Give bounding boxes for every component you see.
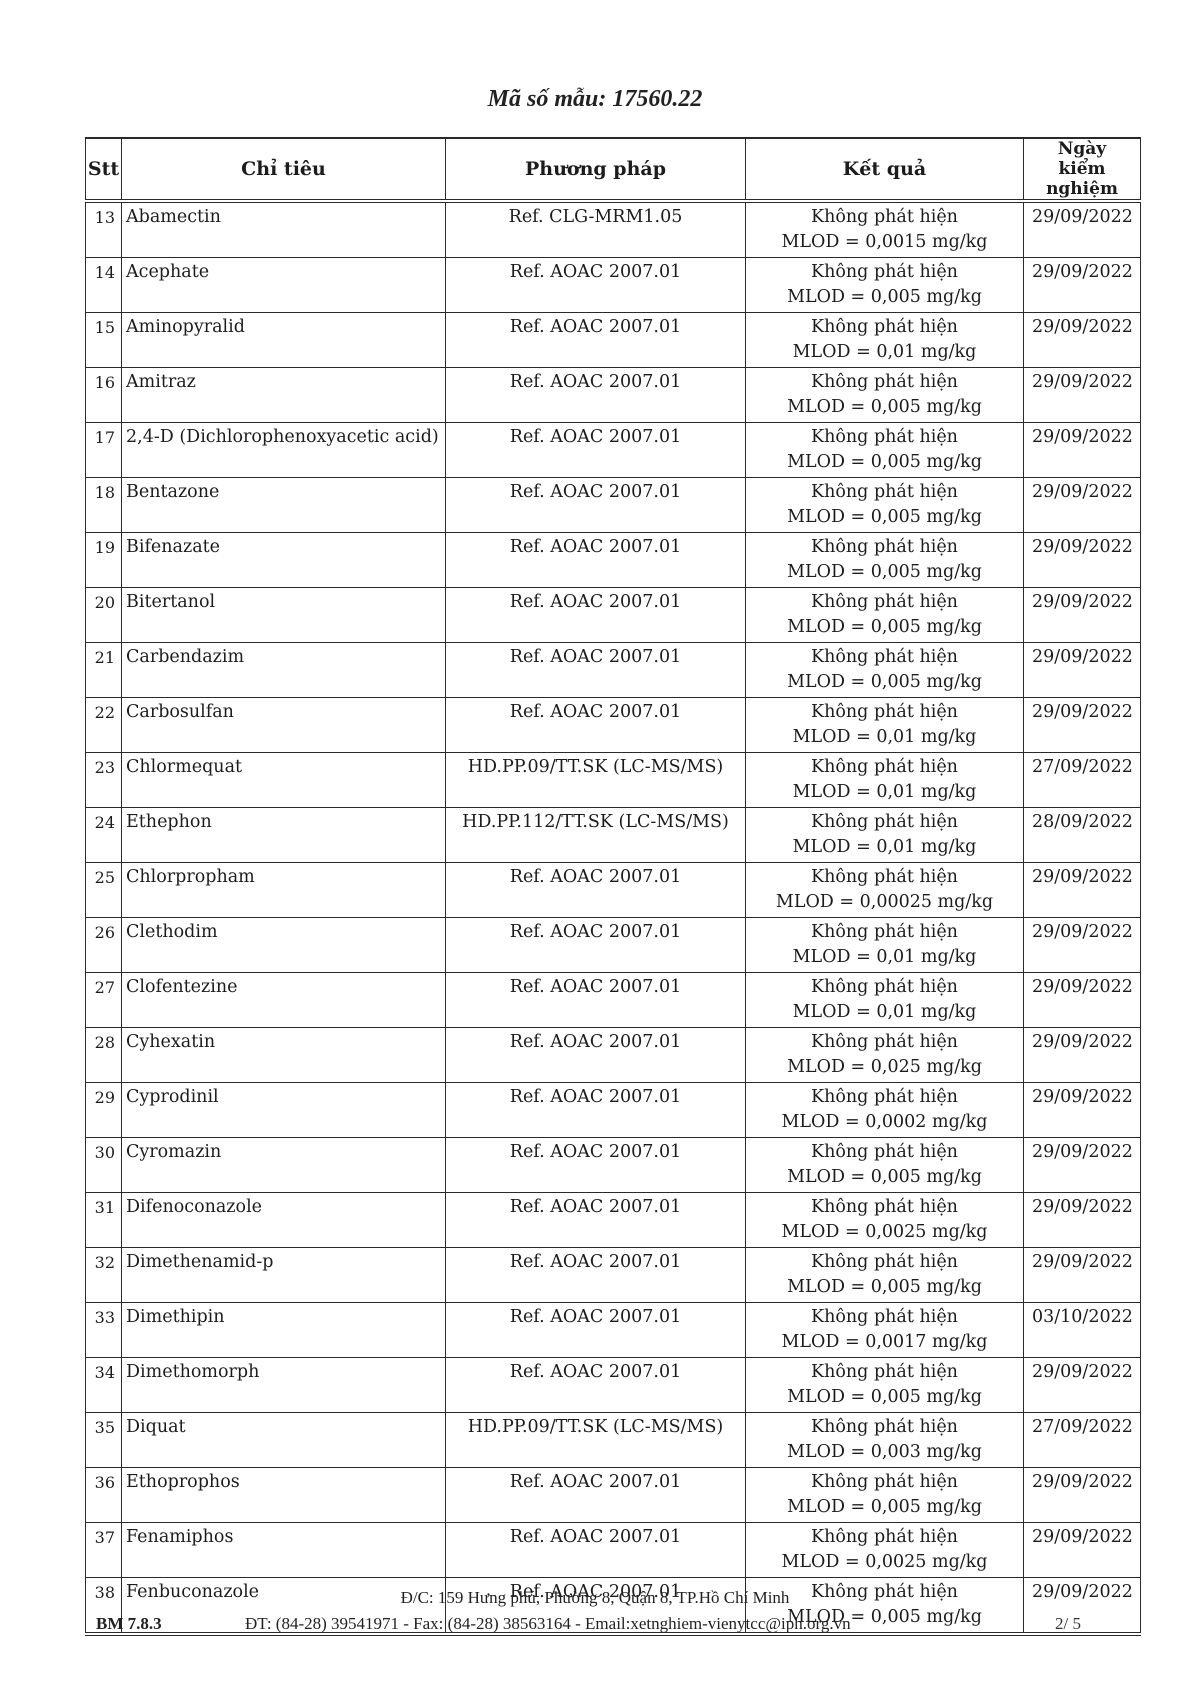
row-mlod: MLOD = 0,005 mg/kg — [746, 560, 1023, 585]
row-method: Ref. AOAC 2007.01 — [446, 368, 746, 423]
row-mlod: MLOD = 0,01 mg/kg — [746, 945, 1023, 970]
row-result: Không phát hiệnMLOD = 0,01 mg/kg — [746, 313, 1024, 368]
row-test-date: 29/09/2022 — [1024, 368, 1141, 423]
table-row: 30CyromazinRef. AOAC 2007.01Không phát h… — [86, 1138, 1141, 1193]
footer-form-code: BM 7.8.3 — [96, 1614, 162, 1634]
row-result-text: Không phát hiện — [746, 1195, 1023, 1220]
row-result: Không phát hiệnMLOD = 0,0025 mg/kg — [746, 1193, 1024, 1248]
row-result: Không phát hiệnMLOD = 0,0025 mg/kg — [746, 1523, 1024, 1578]
row-result-text: Không phát hiện — [746, 260, 1023, 285]
row-stt: 17 — [86, 423, 122, 478]
table-row: 31DifenoconazoleRef. AOAC 2007.01Không p… — [86, 1193, 1141, 1248]
row-stt: 18 — [86, 478, 122, 533]
table-row: 15AminopyralidRef. AOAC 2007.01Không phá… — [86, 313, 1141, 368]
row-mlod: MLOD = 0,01 mg/kg — [746, 725, 1023, 750]
row-criterion: Dimethipin — [122, 1303, 446, 1358]
row-criterion: Dimethenamid-p — [122, 1248, 446, 1303]
row-stt: 19 — [86, 533, 122, 588]
row-criterion: Carbendazim — [122, 643, 446, 698]
row-result-text: Không phát hiện — [746, 1030, 1023, 1055]
row-mlod: MLOD = 0,01 mg/kg — [746, 835, 1023, 860]
row-stt: 30 — [86, 1138, 122, 1193]
row-test-date: 27/09/2022 — [1024, 753, 1141, 808]
row-stt: 21 — [86, 643, 122, 698]
row-result: Không phát hiệnMLOD = 0,00025 mg/kg — [746, 863, 1024, 918]
row-stt: 24 — [86, 808, 122, 863]
row-criterion: Dimethomorph — [122, 1358, 446, 1413]
row-stt: 27 — [86, 973, 122, 1028]
header-result: Kết quả — [746, 138, 1024, 201]
row-mlod: MLOD = 0,025 mg/kg — [746, 1055, 1023, 1080]
row-criterion: Bitertanol — [122, 588, 446, 643]
row-result: Không phát hiệnMLOD = 0,003 mg/kg — [746, 1413, 1024, 1468]
row-result: Không phát hiệnMLOD = 0,005 mg/kg — [746, 478, 1024, 533]
row-criterion: Clofentezine — [122, 973, 446, 1028]
row-criterion: Clethodim — [122, 918, 446, 973]
row-criterion: Ethephon — [122, 808, 446, 863]
table-row: 19BifenazateRef. AOAC 2007.01Không phát … — [86, 533, 1141, 588]
row-criterion: Aminopyralid — [122, 313, 446, 368]
table-row: 18BentazoneRef. AOAC 2007.01Không phát h… — [86, 478, 1141, 533]
row-method: Ref. AOAC 2007.01 — [446, 1248, 746, 1303]
row-criterion: Diquat — [122, 1413, 446, 1468]
table-row: 27ClofentezineRef. AOAC 2007.01Không phá… — [86, 973, 1141, 1028]
row-method: Ref. AOAC 2007.01 — [446, 1083, 746, 1138]
row-test-date: 29/09/2022 — [1024, 863, 1141, 918]
row-test-date: 29/09/2022 — [1024, 1358, 1141, 1413]
row-test-date: 29/09/2022 — [1024, 1523, 1141, 1578]
row-result: Không phát hiệnMLOD = 0,005 mg/kg — [746, 533, 1024, 588]
row-result-text: Không phát hiện — [746, 1470, 1023, 1495]
table-header-row: Stt Chỉ tiêu Phương pháp Kết quả Ngày ki… — [86, 138, 1141, 201]
table-row: 32Dimethenamid-pRef. AOAC 2007.01Không p… — [86, 1248, 1141, 1303]
table-row: 34DimethomorphRef. AOAC 2007.01Không phá… — [86, 1358, 1141, 1413]
row-test-date: 29/09/2022 — [1024, 698, 1141, 753]
row-mlod: MLOD = 0,01 mg/kg — [746, 340, 1023, 365]
row-stt: 23 — [86, 753, 122, 808]
header-method: Phương pháp — [446, 138, 746, 201]
row-test-date: 29/09/2022 — [1024, 1248, 1141, 1303]
table-row: 24EthephonHD.PP.112/TT.SK (LC-MS/MS)Khôn… — [86, 808, 1141, 863]
row-method: Ref. AOAC 2007.01 — [446, 1028, 746, 1083]
row-stt: 26 — [86, 918, 122, 973]
header-stt: Stt — [86, 138, 122, 201]
table-row: 35DiquatHD.PP.09/TT.SK (LC-MS/MS)Không p… — [86, 1413, 1141, 1468]
row-test-date: 29/09/2022 — [1024, 478, 1141, 533]
row-result-text: Không phát hiện — [746, 810, 1023, 835]
table-row: 25ChlorprophamRef. AOAC 2007.01Không phá… — [86, 863, 1141, 918]
row-mlod: MLOD = 0,00025 mg/kg — [746, 890, 1023, 915]
header-test-date-line2: kiểm nghiệm — [1024, 159, 1140, 199]
table-row: 172,4-D (Dichlorophenoxyacetic acid)Ref.… — [86, 423, 1141, 478]
row-mlod: MLOD = 0,01 mg/kg — [746, 780, 1023, 805]
row-result-text: Không phát hiện — [746, 1085, 1023, 1110]
test-results-table: Stt Chỉ tiêu Phương pháp Kết quả Ngày ki… — [85, 137, 1141, 1636]
row-test-date: 27/09/2022 — [1024, 1413, 1141, 1468]
row-stt: 34 — [86, 1358, 122, 1413]
row-test-date: 29/09/2022 — [1024, 258, 1141, 313]
row-mlod: MLOD = 0,003 mg/kg — [746, 1440, 1023, 1465]
row-method: Ref. AOAC 2007.01 — [446, 1468, 746, 1523]
row-criterion: Chlormequat — [122, 753, 446, 808]
row-result-text: Không phát hiện — [746, 590, 1023, 615]
table-row: 22CarbosulfanRef. AOAC 2007.01Không phát… — [86, 698, 1141, 753]
table-row: 36EthoprophosRef. AOAC 2007.01Không phát… — [86, 1468, 1141, 1523]
row-result-text: Không phát hiện — [746, 315, 1023, 340]
row-result: Không phát hiệnMLOD = 0,005 mg/kg — [746, 588, 1024, 643]
row-stt: 28 — [86, 1028, 122, 1083]
row-result-text: Không phát hiện — [746, 920, 1023, 945]
row-method: Ref. AOAC 2007.01 — [446, 1193, 746, 1248]
row-result-text: Không phát hiện — [746, 535, 1023, 560]
row-result-text: Không phát hiện — [746, 645, 1023, 670]
row-result-text: Không phát hiện — [746, 425, 1023, 450]
row-method: Ref. AOAC 2007.01 — [446, 1138, 746, 1193]
row-test-date: 29/09/2022 — [1024, 423, 1141, 478]
sample-code-title: Mã số mẫu: 17560.22 — [0, 86, 1190, 113]
row-mlod: MLOD = 0,0015 mg/kg — [746, 230, 1023, 255]
row-result-text: Không phát hiện — [746, 1305, 1023, 1330]
row-result-text: Không phát hiện — [746, 205, 1023, 230]
row-mlod: MLOD = 0,0025 mg/kg — [746, 1220, 1023, 1245]
header-test-date: Ngày kiểm nghiệm — [1024, 138, 1141, 201]
row-mlod: MLOD = 0,005 mg/kg — [746, 615, 1023, 640]
row-method: Ref. AOAC 2007.01 — [446, 588, 746, 643]
row-stt: 22 — [86, 698, 122, 753]
table-row: 26ClethodimRef. AOAC 2007.01Không phát h… — [86, 918, 1141, 973]
row-stt: 25 — [86, 863, 122, 918]
row-test-date: 29/09/2022 — [1024, 1028, 1141, 1083]
row-method: Ref. AOAC 2007.01 — [446, 478, 746, 533]
row-test-date: 29/09/2022 — [1024, 1193, 1141, 1248]
row-result-text: Không phát hiện — [746, 1525, 1023, 1550]
row-result: Không phát hiệnMLOD = 0,005 mg/kg — [746, 1138, 1024, 1193]
row-result: Không phát hiệnMLOD = 0,005 mg/kg — [746, 1358, 1024, 1413]
row-test-date: 29/09/2022 — [1024, 533, 1141, 588]
row-result: Không phát hiệnMLOD = 0,0015 mg/kg — [746, 201, 1024, 258]
row-criterion: Acephate — [122, 258, 446, 313]
row-criterion: Chlorpropham — [122, 863, 446, 918]
row-result: Không phát hiệnMLOD = 0,005 mg/kg — [746, 258, 1024, 313]
row-result-text: Không phát hiện — [746, 370, 1023, 395]
row-stt: 14 — [86, 258, 122, 313]
row-mlod: MLOD = 0,01 mg/kg — [746, 1000, 1023, 1025]
row-method: Ref. AOAC 2007.01 — [446, 423, 746, 478]
row-method: Ref. AOAC 2007.01 — [446, 973, 746, 1028]
page-number: 2/ 5 — [1055, 1614, 1081, 1634]
table-row: 23ChlormequatHD.PP.09/TT.SK (LC-MS/MS)Kh… — [86, 753, 1141, 808]
row-result: Không phát hiệnMLOD = 0,005 mg/kg — [746, 643, 1024, 698]
row-test-date: 29/09/2022 — [1024, 918, 1141, 973]
footer-contact: ĐT: (84-28) 39541971 - Fax: (84-28) 3856… — [245, 1614, 851, 1634]
row-result-text: Không phát hiện — [746, 865, 1023, 890]
table-row: 28CyhexatinRef. AOAC 2007.01Không phát h… — [86, 1028, 1141, 1083]
row-result-text: Không phát hiện — [746, 1415, 1023, 1440]
table-row: 21CarbendazimRef. AOAC 2007.01Không phát… — [86, 643, 1141, 698]
row-criterion: Cyromazin — [122, 1138, 446, 1193]
row-method: Ref. AOAC 2007.01 — [446, 1358, 746, 1413]
row-result-text: Không phát hiện — [746, 700, 1023, 725]
row-result: Không phát hiệnMLOD = 0,0017 mg/kg — [746, 1303, 1024, 1358]
row-stt: 31 — [86, 1193, 122, 1248]
row-criterion: Carbosulfan — [122, 698, 446, 753]
row-mlod: MLOD = 0,005 mg/kg — [746, 1165, 1023, 1190]
row-method: Ref. AOAC 2007.01 — [446, 1523, 746, 1578]
row-result: Không phát hiệnMLOD = 0,005 mg/kg — [746, 423, 1024, 478]
row-stt: 29 — [86, 1083, 122, 1138]
row-test-date: 28/09/2022 — [1024, 808, 1141, 863]
row-method: Ref. AOAC 2007.01 — [446, 918, 746, 973]
row-mlod: MLOD = 0,0017 mg/kg — [746, 1330, 1023, 1355]
row-stt: 37 — [86, 1523, 122, 1578]
row-method: Ref. AOAC 2007.01 — [446, 1303, 746, 1358]
header-test-date-line1: Ngày — [1024, 139, 1140, 159]
row-mlod: MLOD = 0,005 mg/kg — [746, 1385, 1023, 1410]
row-test-date: 29/09/2022 — [1024, 201, 1141, 258]
table-row: 29CyprodinilRef. AOAC 2007.01Không phát … — [86, 1083, 1141, 1138]
row-criterion: Cyhexatin — [122, 1028, 446, 1083]
row-result: Không phát hiệnMLOD = 0,01 mg/kg — [746, 753, 1024, 808]
row-test-date: 29/09/2022 — [1024, 643, 1141, 698]
row-stt: 33 — [86, 1303, 122, 1358]
row-result: Không phát hiệnMLOD = 0,005 mg/kg — [746, 368, 1024, 423]
row-stt: 35 — [86, 1413, 122, 1468]
row-criterion: Amitraz — [122, 368, 446, 423]
row-method: HD.PP.112/TT.SK (LC-MS/MS) — [446, 808, 746, 863]
row-result: Không phát hiệnMLOD = 0,025 mg/kg — [746, 1028, 1024, 1083]
row-test-date: 29/09/2022 — [1024, 973, 1141, 1028]
table-row: 16AmitrazRef. AOAC 2007.01Không phát hiệ… — [86, 368, 1141, 423]
row-method: Ref. AOAC 2007.01 — [446, 533, 746, 588]
row-criterion: Fenamiphos — [122, 1523, 446, 1578]
row-stt: 15 — [86, 313, 122, 368]
row-criterion: Difenoconazole — [122, 1193, 446, 1248]
row-result-text: Không phát hiện — [746, 975, 1023, 1000]
row-stt: 32 — [86, 1248, 122, 1303]
row-mlod: MLOD = 0,005 mg/kg — [746, 670, 1023, 695]
row-result: Không phát hiệnMLOD = 0,01 mg/kg — [746, 973, 1024, 1028]
row-test-date: 03/10/2022 — [1024, 1303, 1141, 1358]
row-result: Không phát hiệnMLOD = 0,005 mg/kg — [746, 1248, 1024, 1303]
row-test-date: 29/09/2022 — [1024, 313, 1141, 368]
row-mlod: MLOD = 0,0002 mg/kg — [746, 1110, 1023, 1135]
row-method: Ref. AOAC 2007.01 — [446, 698, 746, 753]
row-method: Ref. AOAC 2007.01 — [446, 863, 746, 918]
row-method: HD.PP.09/TT.SK (LC-MS/MS) — [446, 1413, 746, 1468]
row-criterion: Abamectin — [122, 201, 446, 258]
row-test-date: 29/09/2022 — [1024, 1468, 1141, 1523]
row-mlod: MLOD = 0,005 mg/kg — [746, 1495, 1023, 1520]
row-result: Không phát hiệnMLOD = 0,01 mg/kg — [746, 808, 1024, 863]
row-result-text: Không phát hiện — [746, 1140, 1023, 1165]
row-test-date: 29/09/2022 — [1024, 1083, 1141, 1138]
row-criterion: Bifenazate — [122, 533, 446, 588]
row-result-text: Không phát hiện — [746, 1250, 1023, 1275]
row-method: Ref. AOAC 2007.01 — [446, 643, 746, 698]
row-result: Không phát hiệnMLOD = 0,005 mg/kg — [746, 1468, 1024, 1523]
row-criterion: Ethoprophos — [122, 1468, 446, 1523]
row-method: Ref. CLG-MRM1.05 — [446, 201, 746, 258]
row-result: Không phát hiệnMLOD = 0,0002 mg/kg — [746, 1083, 1024, 1138]
row-method: Ref. AOAC 2007.01 — [446, 258, 746, 313]
table-row: 14AcephateRef. AOAC 2007.01Không phát hi… — [86, 258, 1141, 313]
row-method: HD.PP.09/TT.SK (LC-MS/MS) — [446, 753, 746, 808]
row-mlod: MLOD = 0,005 mg/kg — [746, 505, 1023, 530]
row-mlod: MLOD = 0,005 mg/kg — [746, 285, 1023, 310]
row-criterion: 2,4-D (Dichlorophenoxyacetic acid) — [122, 423, 446, 478]
table-row: 37FenamiphosRef. AOAC 2007.01Không phát … — [86, 1523, 1141, 1578]
table-row: 20BitertanolRef. AOAC 2007.01Không phát … — [86, 588, 1141, 643]
row-stt: 20 — [86, 588, 122, 643]
header-criterion: Chỉ tiêu — [122, 138, 446, 201]
row-mlod: MLOD = 0,005 mg/kg — [746, 395, 1023, 420]
row-method: Ref. AOAC 2007.01 — [446, 313, 746, 368]
row-result-text: Không phát hiện — [746, 755, 1023, 780]
row-mlod: MLOD = 0,005 mg/kg — [746, 1275, 1023, 1300]
row-result-text: Không phát hiện — [746, 480, 1023, 505]
row-criterion: Cyprodinil — [122, 1083, 446, 1138]
row-result: Không phát hiệnMLOD = 0,01 mg/kg — [746, 698, 1024, 753]
table-row: 13AbamectinRef. CLG-MRM1.05Không phát hi… — [86, 201, 1141, 258]
row-mlod: MLOD = 0,0025 mg/kg — [746, 1550, 1023, 1575]
table-row: 33DimethipinRef. AOAC 2007.01Không phát … — [86, 1303, 1141, 1358]
row-result: Không phát hiệnMLOD = 0,01 mg/kg — [746, 918, 1024, 973]
row-criterion: Bentazone — [122, 478, 446, 533]
row-result-text: Không phát hiện — [746, 1360, 1023, 1385]
row-test-date: 29/09/2022 — [1024, 1138, 1141, 1193]
row-stt: 16 — [86, 368, 122, 423]
row-test-date: 29/09/2022 — [1024, 588, 1141, 643]
footer-address: Đ/C: 159 Hưng phú, Phường 8, Quận 8, TP.… — [0, 1588, 1190, 1608]
row-mlod: MLOD = 0,005 mg/kg — [746, 450, 1023, 475]
row-stt: 36 — [86, 1468, 122, 1523]
row-stt: 13 — [86, 201, 122, 258]
